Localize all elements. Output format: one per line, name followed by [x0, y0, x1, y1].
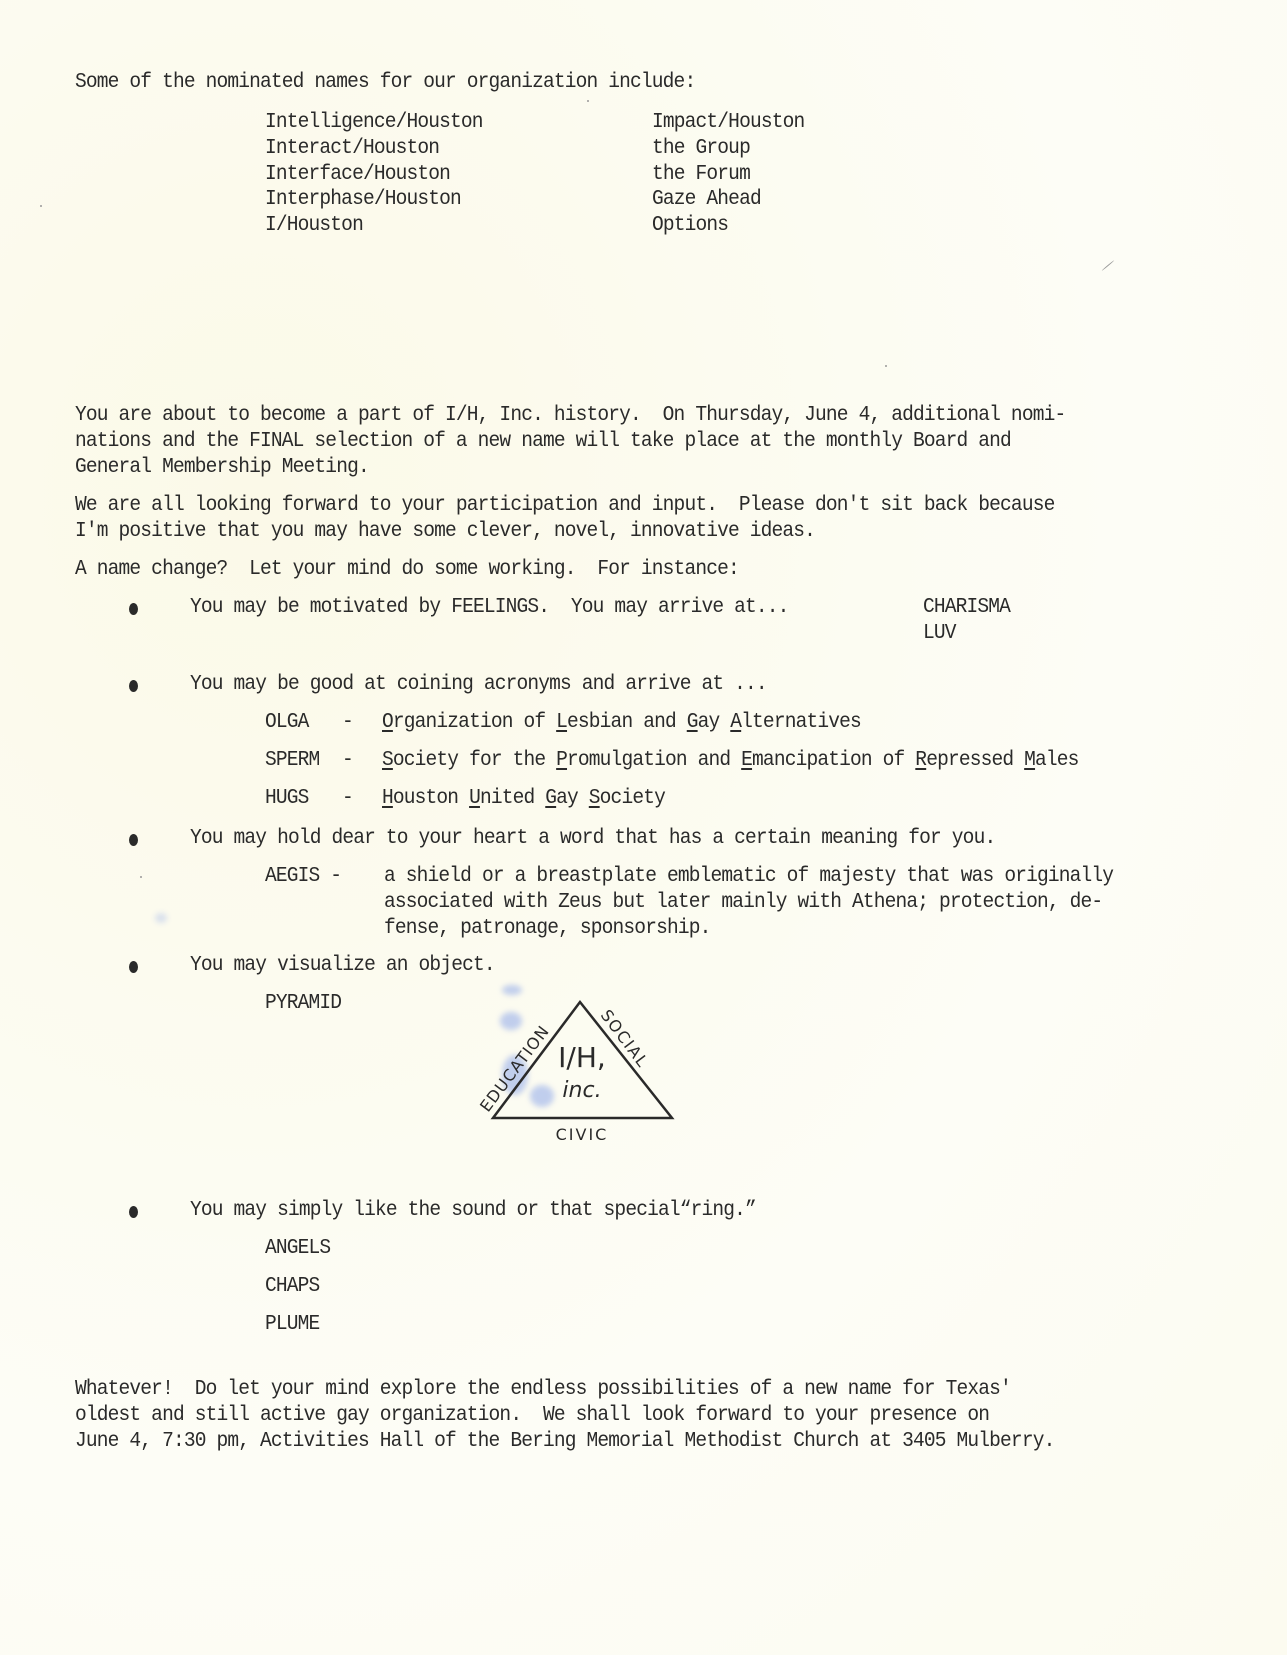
- bullet-word-text: You may hold dear to your heart a word t…: [190, 826, 995, 852]
- sound-example: CHAPS: [265, 1274, 319, 1300]
- aegis-definition-line: fense, patronage, sponsorship.: [384, 916, 710, 942]
- acronym-initial: A: [730, 711, 741, 734]
- acronym-initial: P: [556, 749, 567, 772]
- bullet-object-text: You may visualize an object.: [190, 953, 495, 979]
- acronym-dash: -: [342, 748, 353, 774]
- sound-example: ANGELS: [265, 1236, 330, 1262]
- instance-paragraph: A name change? Let your mind do some wor…: [75, 557, 739, 583]
- document-page: Some of the nominated names for our orga…: [0, 0, 1287, 1655]
- pyramid-logo: I/H, inc. EDUCATION SOCIAL CIVIC: [470, 985, 700, 1145]
- name-item: I/Houston: [265, 213, 363, 239]
- acronym-initial: L: [556, 711, 567, 734]
- bullet-feelings-text: You may be motivated by FEELINGS. You ma…: [190, 595, 789, 621]
- name-item: the Forum: [652, 162, 750, 188]
- acronym-initial: H: [382, 787, 393, 810]
- acronym-term: HUGS: [265, 786, 309, 812]
- sound-example: PLUME: [265, 1312, 319, 1338]
- paper-speck: [1102, 260, 1115, 271]
- paragraph-line: oldest and still active gay organization…: [75, 1403, 989, 1429]
- logo-left-side: EDUCATION: [476, 1022, 553, 1116]
- acronym-term: SPERM: [265, 748, 319, 774]
- pyramid-label: PYRAMID: [265, 991, 341, 1017]
- acronym-dash: -: [342, 710, 353, 736]
- paragraph-line: I'm positive that you may have some clev…: [75, 519, 815, 545]
- acronym-expansion: Organization of Lesbian and Gay Alternat…: [382, 710, 861, 736]
- bullet-icon: [129, 834, 138, 846]
- paper-speck: [587, 100, 589, 102]
- name-item: Interact/Houston: [265, 136, 439, 162]
- acronym-initial: O: [382, 711, 393, 734]
- logo-center-line2: inc.: [562, 1078, 601, 1103]
- acronym-initial: S: [589, 787, 600, 810]
- name-item: Interface/Houston: [265, 162, 450, 188]
- name-item: Interphase/Houston: [265, 187, 461, 213]
- bullet-icon: [129, 603, 138, 615]
- logo-center-line1: I/H,: [558, 1041, 606, 1074]
- bullet-icon: [129, 680, 138, 692]
- acronym-initial: S: [382, 749, 393, 772]
- feelings-example: CHARISMA: [923, 595, 1010, 621]
- paragraph-line: June 4, 7:30 pm, Activities Hall of the …: [75, 1429, 1054, 1455]
- bullet-acronyms-text: You may be good at coining acronyms and …: [190, 672, 767, 698]
- acronym-initial: G: [545, 787, 556, 810]
- aegis-term: AEGIS -: [265, 864, 341, 890]
- paragraph-line: Whatever! Do let your mind explore the e…: [75, 1377, 1011, 1403]
- paper-speck: [40, 205, 42, 207]
- name-item: the Group: [652, 136, 750, 162]
- paragraph-line: General Membership Meeting.: [75, 455, 369, 481]
- feelings-example: LUV: [923, 621, 956, 647]
- acronym-initial: E: [741, 749, 752, 772]
- paragraph-line: We are all looking forward to your parti…: [75, 493, 1054, 519]
- paper-speck: [140, 876, 142, 878]
- intro-heading: Some of the nominated names for our orga…: [75, 70, 695, 96]
- acronym-expansion: Society for the Promulgation and Emancip…: [382, 748, 1079, 774]
- acronym-initial: R: [915, 749, 926, 772]
- acronym-term: OLGA: [265, 710, 309, 736]
- ink-stain: [155, 913, 167, 923]
- logo-bottom: CIVIC: [556, 1125, 609, 1144]
- paragraph-line: nations and the FINAL selection of a new…: [75, 429, 1011, 455]
- name-item: Intelligence/Houston: [265, 110, 483, 136]
- bullet-sound-text: You may simply like the sound or that sp…: [190, 1198, 756, 1224]
- acronym-expansion: Houston United Gay Society: [382, 786, 665, 812]
- name-item: Gaze Ahead: [652, 187, 761, 213]
- acronym-initial: U: [469, 787, 480, 810]
- paper-speck: [885, 365, 887, 367]
- name-item: Options: [652, 213, 728, 239]
- name-item: Impact/Houston: [652, 110, 804, 136]
- paragraph-line: You are about to become a part of I/H, I…: [75, 403, 1065, 429]
- acronym-initial: G: [687, 711, 698, 734]
- acronym-dash: -: [342, 786, 353, 812]
- acronym-initial: M: [1024, 749, 1035, 772]
- bullet-icon: [129, 961, 138, 973]
- aegis-definition-line: associated with Zeus but later mainly wi…: [384, 890, 1102, 916]
- bullet-icon: [129, 1206, 138, 1218]
- aegis-definition-line: a shield or a breastplate emblematic of …: [384, 864, 1113, 890]
